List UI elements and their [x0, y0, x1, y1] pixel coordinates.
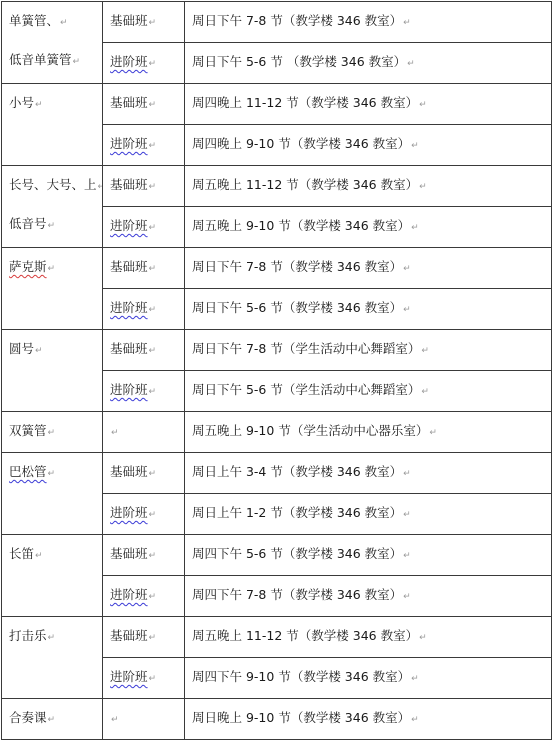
paragraph-mark-icon: ↵ — [149, 305, 157, 315]
paragraph-mark-icon: ↵ — [403, 551, 411, 561]
schedule-cell[interactable]: 周四晚上 9-10 节（教学楼 346 教室）↵ — [185, 125, 552, 166]
table-row: 巴松管↵基础班↵周日上午 3-4 节（教学楼 346 教室）↵ — [2, 453, 552, 494]
paragraph-mark-icon: ↵ — [411, 141, 419, 151]
instrument-name: 低音单簧管 — [9, 52, 72, 67]
schedule-cell[interactable]: 周日下午 7-8 节（学生活动中心舞蹈室）↵ — [185, 330, 552, 371]
paragraph-mark-icon: ↵ — [149, 674, 157, 684]
paragraph-mark-icon: ↵ — [403, 264, 411, 274]
paragraph-mark-icon: ↵ — [149, 387, 157, 397]
paragraph-mark-icon: ↵ — [149, 633, 157, 643]
paragraph-mark-icon: ↵ — [98, 182, 103, 192]
class-level: 进阶班 — [110, 669, 148, 684]
paragraph-mark-icon: ↵ — [48, 633, 56, 643]
class-level: 进阶班 — [110, 54, 148, 69]
instrument-cell[interactable]: 萨克斯↵ — [2, 248, 103, 330]
class-level: 进阶班 — [110, 218, 148, 233]
paragraph-mark-icon: ↵ — [149, 59, 157, 69]
class-level: 进阶班 — [110, 382, 148, 397]
level-cell[interactable]: 进阶班↵ — [103, 207, 185, 248]
class-level: 基础班 — [110, 13, 148, 28]
class-time-location: 周四下午 9-10 节（教学楼 346 教室） — [192, 669, 410, 684]
paragraph-mark-icon: ↵ — [403, 469, 411, 479]
paragraph-mark-icon: ↵ — [35, 100, 43, 110]
class-time-location: 周日下午 7-8 节（学生活动中心舞蹈室） — [192, 341, 420, 356]
level-cell[interactable]: ↵ — [103, 412, 185, 453]
paragraph-mark-icon: ↵ — [403, 305, 411, 315]
class-time-location: 周四下午 5-6 节（教学楼 346 教室） — [192, 546, 402, 561]
instrument-name: 圆号 — [9, 341, 34, 356]
instrument-cell[interactable]: 双簧管↵ — [2, 412, 103, 453]
paragraph-mark-icon: ↵ — [407, 59, 415, 69]
table-row: 小号↵基础班↵周四晚上 11-12 节（教学楼 346 教室）↵ — [2, 84, 552, 125]
table-row: 长笛↵基础班↵周四下午 5-6 节（教学楼 346 教室）↵ — [2, 535, 552, 576]
level-cell[interactable]: 进阶班↵ — [103, 125, 185, 166]
paragraph-mark-icon: ↵ — [35, 551, 43, 561]
level-cell[interactable]: 基础班↵ — [103, 2, 185, 43]
paragraph-mark-icon: ↵ — [149, 100, 157, 110]
instrument-name: 单簧管、 — [9, 13, 59, 28]
paragraph-mark-icon: ↵ — [35, 346, 43, 356]
paragraph-mark-icon: ↵ — [149, 264, 157, 274]
level-cell[interactable]: 进阶班↵ — [103, 289, 185, 330]
schedule-cell[interactable]: 周日下午 5-6 节（教学楼 346 教室）↵ — [185, 289, 552, 330]
paragraph-mark-icon: ↵ — [111, 428, 119, 438]
class-time-location: 周日下午 5-6 节 （教学楼 346 教室） — [192, 54, 406, 69]
paragraph-mark-icon: ↵ — [60, 18, 68, 28]
paragraph-mark-icon: ↵ — [411, 223, 419, 233]
level-cell[interactable]: 基础班↵ — [103, 453, 185, 494]
paragraph-mark-icon: ↵ — [403, 510, 411, 520]
paragraph-mark-icon: ↵ — [48, 221, 56, 231]
paragraph-mark-icon: ↵ — [149, 223, 157, 233]
class-level: 进阶班 — [110, 300, 148, 315]
instrument-cell[interactable]: 圆号↵ — [2, 330, 103, 412]
paragraph-mark-icon: ↵ — [421, 346, 429, 356]
paragraph-mark-icon: ↵ — [48, 428, 56, 438]
paragraph-mark-icon: ↵ — [149, 346, 157, 356]
instrument-name: 长号、大号、上 — [9, 177, 97, 192]
class-level: 进阶班 — [110, 136, 148, 151]
class-level: 基础班 — [110, 259, 148, 274]
class-time-location: 周五晚上 11-12 节（教学楼 346 教室） — [192, 628, 418, 643]
class-level: 基础班 — [110, 177, 148, 192]
class-level: 进阶班 — [110, 587, 148, 602]
paragraph-mark-icon: ↵ — [48, 264, 56, 274]
class-time-location: 周日下午 5-6 节（教学楼 346 教室） — [192, 300, 402, 315]
class-time-location: 周五晚上 11-12 节（教学楼 346 教室） — [192, 177, 418, 192]
table-row: 圆号↵基础班↵周日下午 7-8 节（学生活动中心舞蹈室）↵ — [2, 330, 552, 371]
level-cell[interactable]: 进阶班↵ — [103, 576, 185, 617]
paragraph-mark-icon: ↵ — [149, 182, 157, 192]
class-time-location: 周日上午 1-2 节（教学楼 346 教室） — [192, 505, 402, 520]
level-cell[interactable]: 基础班↵ — [103, 617, 185, 658]
class-time-location: 周四晚上 9-10 节（教学楼 346 教室） — [192, 136, 410, 151]
class-time-location: 周日上午 3-4 节（教学楼 346 教室） — [192, 464, 402, 479]
level-cell[interactable]: 基础班↵ — [103, 166, 185, 207]
instrument-name: 双簧管 — [9, 423, 47, 438]
class-time-location: 周日下午 7-8 节（教学楼 346 教室） — [192, 259, 402, 274]
level-cell[interactable]: 进阶班↵ — [103, 658, 185, 698]
class-level: 基础班 — [110, 546, 148, 561]
class-level: 进阶班 — [110, 505, 148, 520]
schedule-cell[interactable]: 周日上午 1-2 节（教学楼 346 教室）↵ — [185, 494, 552, 535]
class-time-location: 周五晚上 9-10 节（教学楼 346 教室） — [192, 218, 410, 233]
table-row: 长号、大号、上↵低音号↵基础班↵周五晚上 11-12 节（教学楼 346 教室）… — [2, 166, 552, 207]
table-row: 单簧管、↵低音单簧管↵基础班↵周日下午 7-8 节（教学楼 346 教室）↵ — [2, 2, 552, 43]
instrument-cell[interactable]: 长号、大号、上↵低音号↵ — [2, 166, 103, 248]
schedule-cell[interactable]: 周五晚上 11-12 节（教学楼 346 教室）↵ — [185, 617, 552, 658]
paragraph-mark-icon: ↵ — [149, 18, 157, 28]
schedule-cell[interactable]: 周四下午 9-10 节（教学楼 346 教室）↵ — [185, 658, 552, 698]
level-cell[interactable]: 进阶班↵ — [103, 371, 185, 412]
paragraph-mark-icon: ↵ — [149, 510, 157, 520]
class-time-location: 周日下午 7-8 节（教学楼 346 教室） — [192, 13, 402, 28]
level-cell[interactable]: 进阶班↵ — [103, 494, 185, 535]
schedule-cell[interactable]: 周日下午 5-6 节（学生活动中心舞蹈室）↵ — [185, 371, 552, 412]
schedule-cell[interactable]: 周五晚上 9-10 节（教学楼 346 教室）↵ — [185, 207, 552, 248]
schedule-cell[interactable]: 周四下午 7-8 节（教学楼 346 教室）↵ — [185, 576, 552, 617]
paragraph-mark-icon: ↵ — [403, 592, 411, 602]
schedule-cell[interactable]: 周四晚上 11-12 节（教学楼 346 教室）↵ — [185, 84, 552, 125]
table-row: 双簧管↵↵周五晚上 9-10 节（学生活动中心器乐室）↵ — [2, 412, 552, 453]
paragraph-mark-icon: ↵ — [149, 551, 157, 561]
paragraph-mark-icon: ↵ — [429, 428, 437, 438]
instrument-name: 长笛 — [9, 546, 34, 561]
instrument-name: 巴松管 — [9, 464, 47, 479]
level-cell[interactable]: 基础班↵ — [103, 330, 185, 371]
paragraph-mark-icon: ↵ — [419, 100, 427, 110]
class-level: 基础班 — [110, 95, 148, 110]
level-cell[interactable]: 基础班↵ — [103, 535, 185, 576]
level-cell[interactable]: 进阶班↵ — [103, 43, 185, 84]
class-schedule-table: 单簧管、↵低音单簧管↵基础班↵周日下午 7-8 节（教学楼 346 教室）↵进阶… — [1, 1, 552, 697]
schedule-cell[interactable]: 周五晚上 11-12 节（教学楼 346 教室）↵ — [185, 166, 552, 207]
class-time-location: 周四晚上 11-12 节（教学楼 346 教室） — [192, 95, 418, 110]
class-level: 基础班 — [110, 341, 148, 356]
schedule-cell[interactable]: 周四下午 5-6 节（教学楼 346 教室）↵ — [185, 535, 552, 576]
schedule-cell[interactable]: 周五晚上 9-10 节（学生活动中心器乐室）↵ — [185, 412, 552, 453]
class-time-location: 周四下午 7-8 节（教学楼 346 教室） — [192, 587, 402, 602]
paragraph-mark-icon: ↵ — [149, 141, 157, 151]
instrument-name: 打击乐 — [9, 628, 47, 643]
schedule-cell[interactable]: 周日下午 7-8 节（教学楼 346 教室）↵ — [185, 248, 552, 289]
level-cell[interactable]: 基础班↵ — [103, 84, 185, 125]
level-cell[interactable]: 基础班↵ — [103, 248, 185, 289]
instrument-cell[interactable]: 打击乐↵ — [2, 617, 103, 698]
paragraph-mark-icon: ↵ — [411, 674, 419, 684]
instrument-cell[interactable]: 小号↵ — [2, 84, 103, 166]
instrument-cell[interactable]: 长笛↵ — [2, 535, 103, 617]
paragraph-mark-icon: ↵ — [48, 469, 56, 479]
paragraph-mark-icon: ↵ — [419, 633, 427, 643]
instrument-name: 萨克斯 — [9, 259, 47, 274]
instrument-cell[interactable]: 巴松管↵ — [2, 453, 103, 535]
schedule-cell[interactable]: 周日上午 3-4 节（教学楼 346 教室）↵ — [185, 453, 552, 494]
schedule-cell[interactable]: 周日下午 5-6 节 （教学楼 346 教室）↵ — [185, 43, 552, 84]
paragraph-mark-icon: ↵ — [149, 592, 157, 602]
schedule-cell[interactable]: 周日下午 7-8 节（教学楼 346 教室）↵ — [185, 2, 552, 43]
paragraph-mark-icon: ↵ — [149, 469, 157, 479]
class-time-location: 周日下午 5-6 节（学生活动中心舞蹈室） — [192, 382, 420, 397]
class-time-location: 周五晚上 9-10 节（学生活动中心器乐室） — [192, 423, 428, 438]
paragraph-mark-icon: ↵ — [421, 387, 429, 397]
class-level: 基础班 — [110, 628, 148, 643]
instrument-name: 低音号 — [9, 216, 47, 231]
class-level: 基础班 — [110, 464, 148, 479]
table-row: 打击乐↵基础班↵周五晚上 11-12 节（教学楼 346 教室）↵ — [2, 617, 552, 658]
table-row: 萨克斯↵基础班↵周日下午 7-8 节（教学楼 346 教室）↵ — [2, 248, 552, 289]
paragraph-mark-icon: ↵ — [419, 182, 427, 192]
paragraph-mark-icon: ↵ — [73, 57, 81, 67]
instrument-name: 小号 — [9, 95, 34, 110]
paragraph-mark-icon: ↵ — [403, 18, 411, 28]
instrument-cell[interactable]: 单簧管、↵低音单簧管↵ — [2, 2, 103, 84]
